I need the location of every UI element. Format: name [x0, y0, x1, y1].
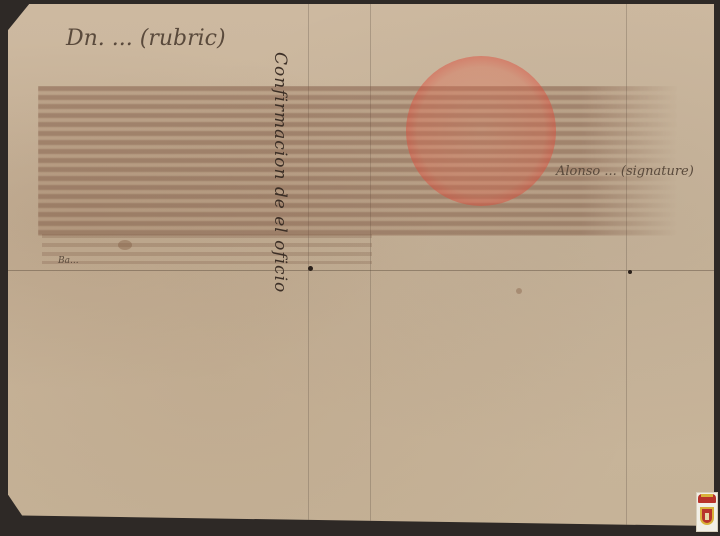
- fold-line-vertical: [626, 4, 627, 526]
- ink-dot: [628, 270, 632, 274]
- right-signature: Alonso ... (signature): [556, 164, 694, 179]
- fold-line-vertical: [370, 4, 371, 526]
- bleed-through-text-block: [38, 86, 678, 236]
- ink-stain: [118, 240, 132, 250]
- marginal-note-vertical: Confirmacion de el oficio: [270, 52, 290, 293]
- red-wax-seal: [406, 56, 556, 206]
- bleed-through-text-lower: [42, 234, 372, 264]
- lower-left-line: Ba...: [58, 256, 79, 266]
- shield-icon: [700, 507, 714, 525]
- fold-line-horizontal: [8, 270, 714, 271]
- top-left-rubric: Dn. ... (rubric): [66, 26, 226, 51]
- coat-of-arms-icon: [696, 492, 718, 532]
- ink-dot: [516, 288, 522, 294]
- crown-icon: [698, 494, 716, 503]
- fold-line-vertical: [308, 4, 309, 526]
- ink-dot: [308, 266, 313, 271]
- manuscript-page: Dn. ... (rubric) Alonso ... (signature) …: [8, 4, 714, 526]
